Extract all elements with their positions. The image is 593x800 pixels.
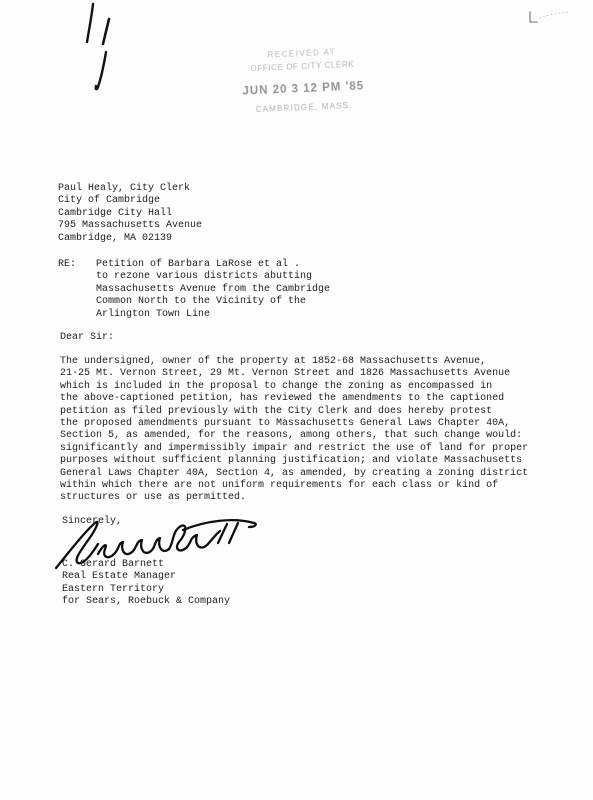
body-line: structures or use as permitted.: [60, 492, 528, 504]
signer-company: for Sears, Roebuck & Company: [62, 596, 230, 608]
subject-line: Arlington Town Line: [96, 309, 330, 321]
stamp-line-date: JUN 20 3 12 PM '85: [228, 80, 378, 99]
subject-label: RE:: [58, 259, 96, 321]
letter-body: The undersigned, owner of the property a…: [60, 356, 528, 505]
subject-line: Petition of Barbara LaRose et al .: [96, 259, 330, 271]
body-line: purposes without sufficient planning jus…: [60, 455, 528, 467]
signer-title: Real Estate Manager: [62, 571, 230, 583]
subject-line: to rezone various districts abutting: [96, 271, 330, 283]
stamp-line-city: CAMBRIDGE, MASS.: [229, 99, 379, 118]
subject-line: Massachusetts Avenue from the Cambridge: [96, 284, 330, 296]
salutation: Dear Sir:: [60, 332, 114, 344]
address-line: Paul Healy, City Clerk: [58, 183, 202, 195]
recipient-address: Paul Healy, City ClerkCity of CambridgeC…: [58, 183, 202, 245]
body-line: the above-captioned petition, has review…: [60, 393, 528, 405]
subject-line: Common North to the Vicinity of the: [96, 296, 330, 308]
subject-lines: Petition of Barbara LaRose et al .to rez…: [96, 259, 330, 321]
body-line: petition as filed previously with the Ci…: [60, 406, 528, 418]
address-line: Cambridge, MA 02139: [58, 233, 202, 245]
signer-territory: Eastern Territory: [62, 584, 230, 596]
body-line: the proposed amendments pursuant to Mass…: [60, 418, 528, 430]
body-line: significantly and impermissibly impair a…: [60, 443, 528, 455]
body-line: General Laws Chapter 40A, Section 4, as …: [60, 468, 528, 480]
address-line: City of Cambridge: [58, 195, 202, 207]
signer-name: C. Gerard Barnett: [62, 559, 230, 571]
address-line: Cambridge City Hall: [58, 208, 202, 220]
handwritten-pen-marks: [80, 0, 125, 100]
corner-pencil-mark: [520, 6, 580, 30]
signature-block: C. Gerard Barnett Real Estate Manager Ea…: [62, 559, 230, 609]
body-line: within which there are not uniform requi…: [60, 480, 528, 492]
body-line: Section 5, as amended, for the reasons, …: [60, 430, 528, 442]
body-line: The undersigned, owner of the property a…: [60, 356, 528, 368]
received-stamp: RECEIVED AT OFFICE OF CITY CLERK JUN 20 …: [227, 45, 380, 118]
address-line: 795 Massachusetts Avenue: [58, 220, 202, 232]
body-line: 21-25 Mt. Vernon Street, 29 Mt. Vernon S…: [60, 368, 528, 380]
subject-block: RE: Petition of Barbara LaRose et al .to…: [58, 259, 330, 321]
letter-page: RECEIVED AT OFFICE OF CITY CLERK JUN 20 …: [0, 0, 593, 800]
body-line: which is included in the proposal to cha…: [60, 381, 528, 393]
